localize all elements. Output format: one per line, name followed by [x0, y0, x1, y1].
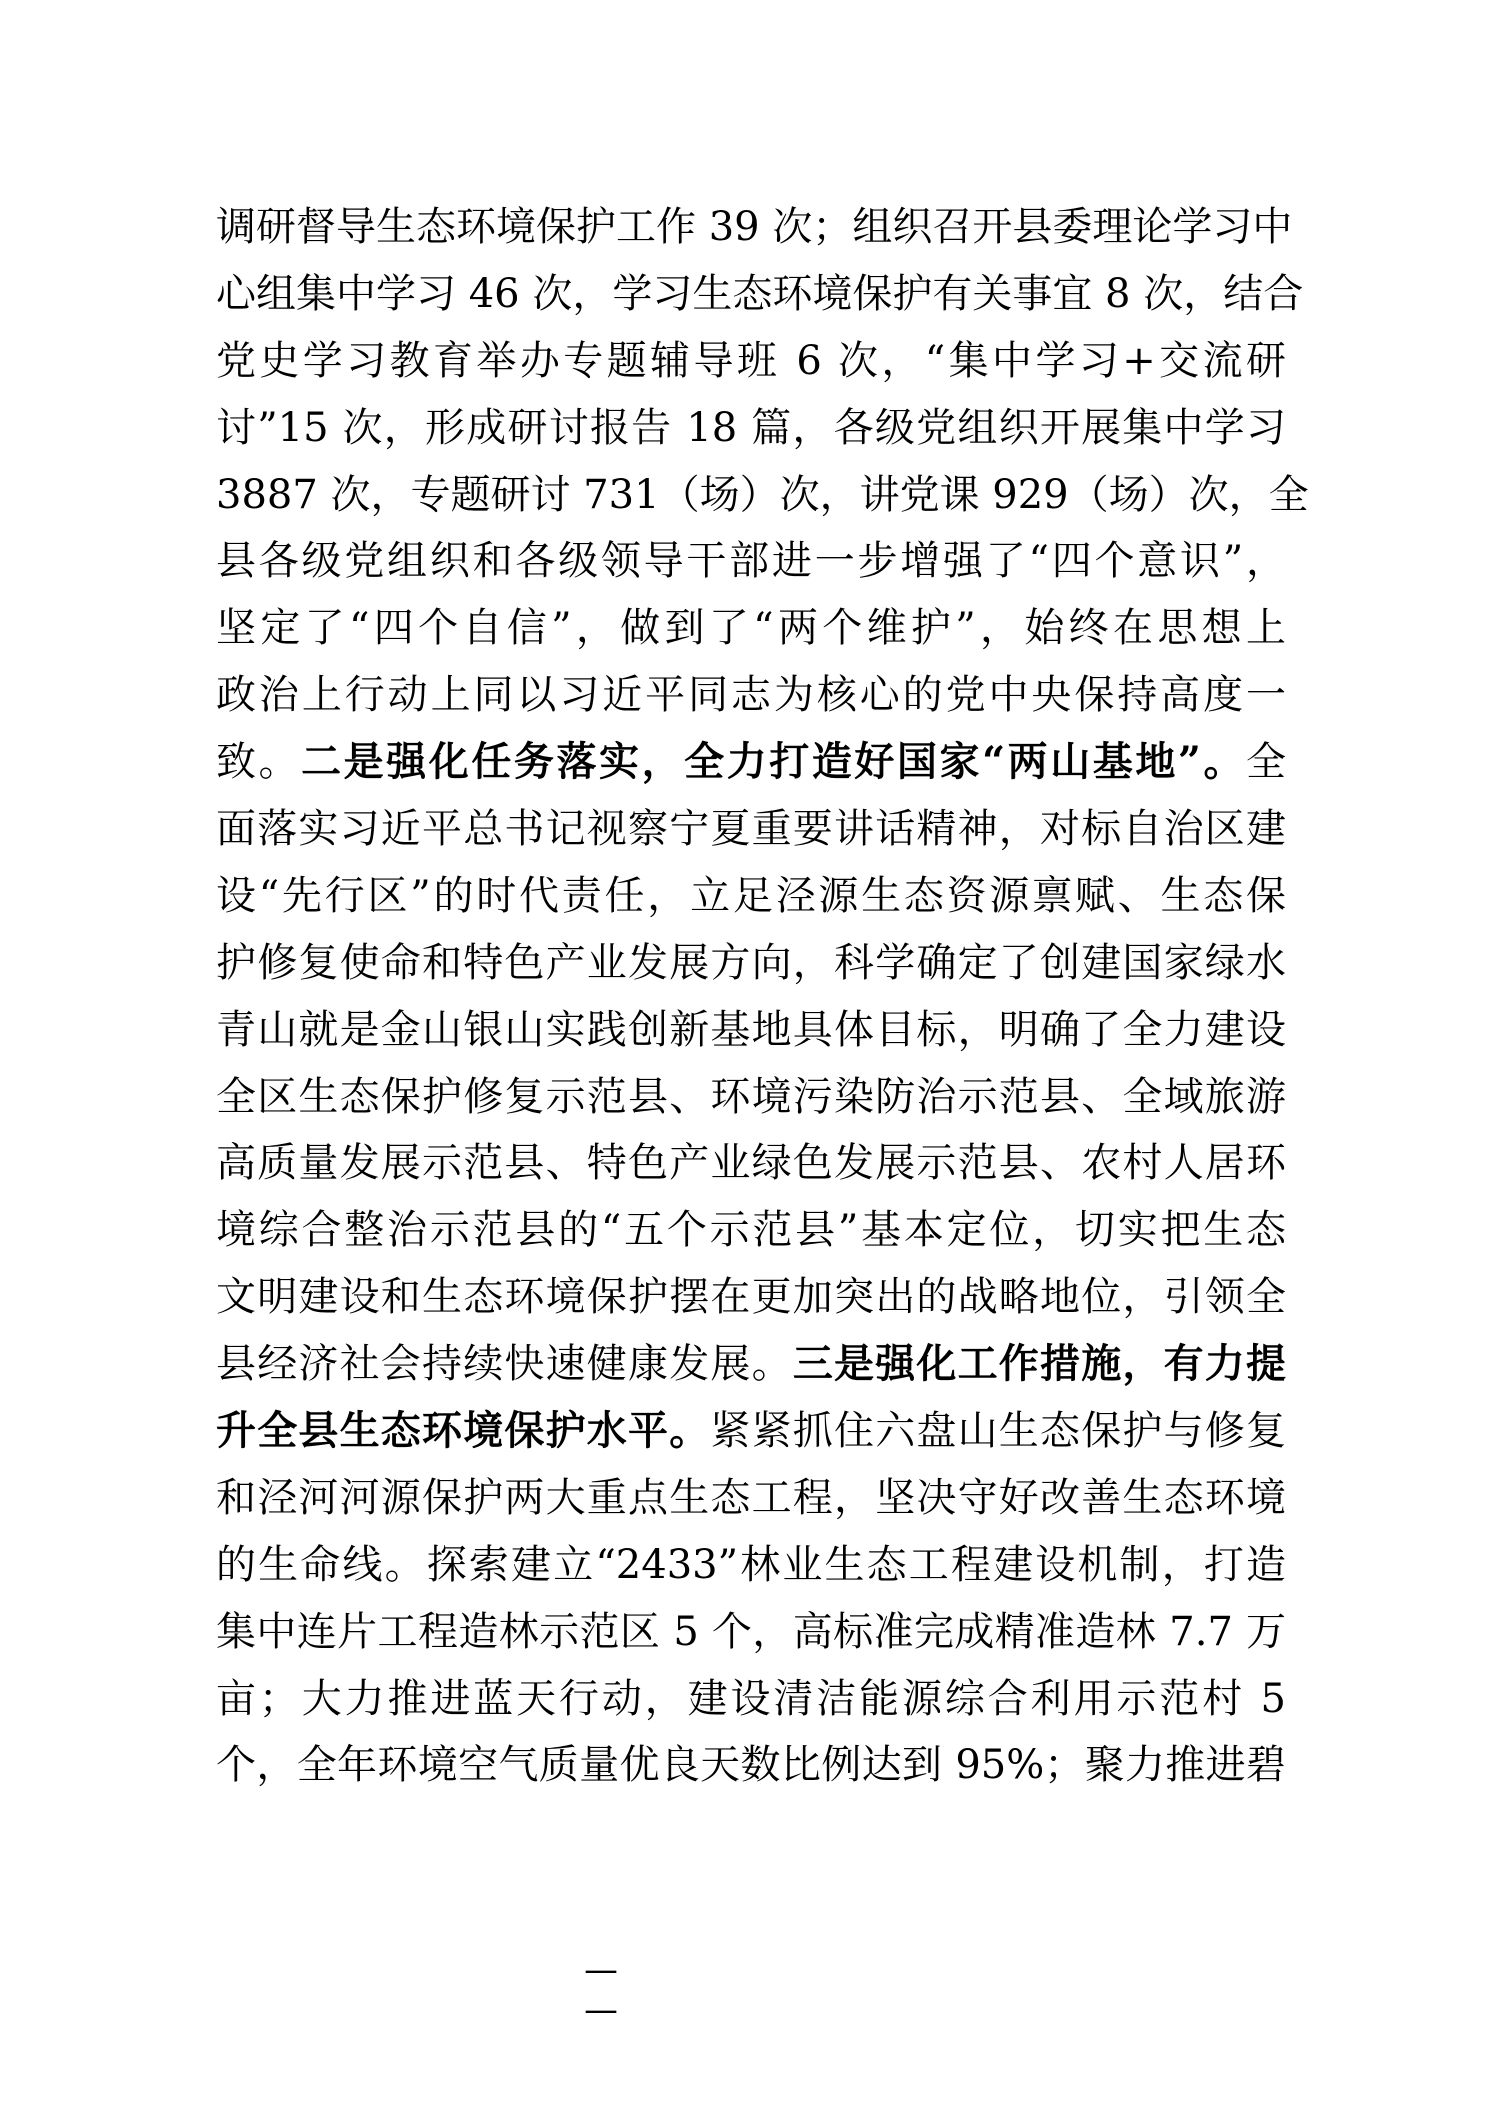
text-line: 坚定了“四个自信”，做到了“两个维护”，始终在思想上	[216, 595, 1286, 662]
body-text: 调研督导生态环境保护工作 39 次；组织召开县委理论学习中	[216, 204, 1292, 250]
body-text: 和泾河河源保护两大重点生态工程，坚决守好改善生态环境	[216, 1475, 1286, 1521]
text-line: 3887 次，专题研讨 731（场）次，讲党课 929（场）次，全	[216, 462, 1286, 529]
text-line: 面落实习近平总书记视察宁夏重要讲话精神，对标自治区建	[216, 796, 1286, 863]
text-line: 护修复使命和特色产业发展方向，科学确定了创建国家绿水	[216, 930, 1286, 997]
body-text: 政治上行动上同以习近平同志为核心的党中央保持高度一	[216, 672, 1286, 718]
body-text: 坚定了“四个自信”，做到了“两个维护”，始终在思想上	[216, 605, 1286, 651]
body-text: 青山就是金山银山实践创新基地具体目标，明确了全力建设	[216, 1007, 1286, 1053]
text-line: 讨”15 次，形成研讨报告 18 篇，各级党组织开展集中学习	[216, 395, 1286, 462]
text-line: 致。二是强化任务落实，全力打造好国家“两山基地”。全	[216, 729, 1286, 796]
body-text: 亩；大力推进蓝天行动，建设清洁能源综合利用示范村 5	[216, 1676, 1286, 1722]
text-line: 亩；大力推进蓝天行动，建设清洁能源综合利用示范村 5	[216, 1666, 1286, 1733]
text-line: 境综合整治示范县的“五个示范县”基本定位，切实把生态	[216, 1197, 1286, 1264]
body-text: 全区生态保护修复示范县、环境污染防治示范县、全域旅游	[216, 1074, 1286, 1120]
body-text: 护修复使命和特色产业发展方向，科学确定了创建国家绿水	[216, 940, 1286, 986]
page-number: — —	[560, 1950, 650, 2030]
body-text: 致。	[216, 739, 301, 785]
body-text: 党史学习教育举办专题辅导班 6 次，“集中学习+交流研	[216, 338, 1286, 384]
body-text: 高质量发展示范县、特色产业绿色发展示范县、农村人居环	[216, 1140, 1286, 1186]
bold-heading-text: 二是强化任务落实，全力打造好国家“两山基地”。	[301, 738, 1246, 785]
bold-heading-text: 三是强化工作措施，有力提	[793, 1340, 1286, 1387]
document-page: 调研督导生态环境保护工作 39 次；组织召开县委理论学习中心组集中学习 46 次…	[0, 0, 1486, 2103]
body-text: 3887 次，专题研讨 731（场）次，讲党课 929（场）次，全	[216, 472, 1309, 518]
text-line: 升全县生态环境保护水平。紧紧抓住六盘山生态保护与修复	[216, 1398, 1286, 1465]
text-line: 和泾河河源保护两大重点生态工程，坚决守好改善生态环境	[216, 1465, 1286, 1532]
text-line: 的生命线。探索建立“2433”林业生态工程建设机制，打造	[216, 1532, 1286, 1599]
body-text: 心组集中学习 46 次，学习生态环境保护有关事宜 8 次，结合	[216, 271, 1303, 317]
body-paragraph: 调研督导生态环境保护工作 39 次；组织召开县委理论学习中心组集中学习 46 次…	[216, 194, 1286, 1799]
text-line: 高质量发展示范县、特色产业绿色发展示范县、农村人居环	[216, 1130, 1286, 1197]
body-text: 设“先行区”的时代责任，立足泾源生态资源禀赋、生态保	[216, 873, 1286, 919]
text-line: 党史学习教育举办专题辅导班 6 次，“集中学习+交流研	[216, 328, 1286, 395]
body-text: 的生命线。探索建立“2433”林业生态工程建设机制，打造	[216, 1542, 1286, 1588]
text-line: 集中连片工程造林示范区 5 个，高标准完成精准造林 7.7 万	[216, 1599, 1286, 1666]
body-text: 全	[1246, 739, 1286, 785]
text-line: 个，全年环境空气质量优良天数比例达到 95%；聚力推进碧	[216, 1732, 1286, 1799]
text-line: 设“先行区”的时代责任，立足泾源生态资源禀赋、生态保	[216, 863, 1286, 930]
text-line: 心组集中学习 46 次，学习生态环境保护有关事宜 8 次，结合	[216, 261, 1286, 328]
text-line: 县经济社会持续快速健康发展。三是强化工作措施，有力提	[216, 1331, 1286, 1398]
body-text: 面落实习近平总书记视察宁夏重要讲话精神，对标自治区建	[216, 806, 1286, 852]
text-line: 全区生态保护修复示范县、环境污染防治示范县、全域旅游	[216, 1064, 1286, 1131]
body-text: 县经济社会持续快速健康发展。	[216, 1341, 793, 1387]
body-text: 县各级党组织和各级领导干部进一步增强了“四个意识”，	[216, 538, 1286, 584]
text-line: 青山就是金山银山实践创新基地具体目标，明确了全力建设	[216, 997, 1286, 1064]
body-text: 个，全年环境空气质量优良天数比例达到 95%；聚力推进碧	[216, 1742, 1286, 1788]
body-text: 文明建设和生态环境保护摆在更加突出的战略地位，引领全	[216, 1274, 1286, 1320]
text-line: 文明建设和生态环境保护摆在更加突出的战略地位，引领全	[216, 1264, 1286, 1331]
body-text: 境综合整治示范县的“五个示范县”基本定位，切实把生态	[216, 1207, 1286, 1253]
text-line: 县各级党组织和各级领导干部进一步增强了“四个意识”，	[216, 528, 1286, 595]
text-line: 政治上行动上同以习近平同志为核心的党中央保持高度一	[216, 662, 1286, 729]
text-line: 调研督导生态环境保护工作 39 次；组织召开县委理论学习中	[216, 194, 1286, 261]
bold-heading-text: 升全县生态环境保护水平。	[216, 1407, 710, 1454]
body-text: 集中连片工程造林示范区 5 个，高标准完成精准造林 7.7 万	[216, 1609, 1286, 1655]
body-text: 讨”15 次，形成研讨报告 18 篇，各级党组织开展集中学习	[216, 405, 1286, 451]
body-text: 紧紧抓住六盘山生态保护与修复	[710, 1408, 1286, 1454]
